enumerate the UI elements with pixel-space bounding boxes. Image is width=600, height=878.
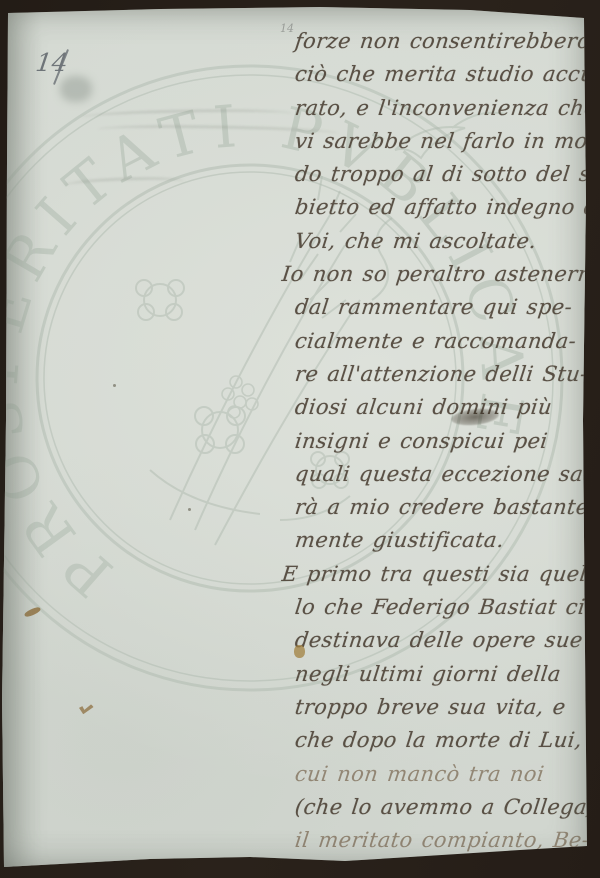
- manuscript-line-text: quali questa eccezione sa-: [294, 462, 593, 486]
- foxing-spot: [24, 606, 42, 618]
- manuscript-text-block: forze non consentirebbero ciò che merita…: [293, 25, 595, 857]
- manuscript-line: destinava delle opere sue: [293, 624, 599, 657]
- manuscript-line-text: (che lo avemmo a Collega): [294, 795, 597, 819]
- manuscript-line: (che lo avemmo a Collega): [293, 791, 599, 824]
- manuscript-line-text: re all'attenzione delli Stu-: [294, 362, 590, 386]
- manuscript-line-text: negli ultimi giorni della: [294, 662, 563, 686]
- smudge-mark: [60, 76, 92, 102]
- manuscript-line: quali questa eccezione sa-: [293, 458, 599, 491]
- manuscript-line-text: E primo tra questi sia quel-: [281, 562, 596, 586]
- manuscript-line-text: destinava delle opere sue: [294, 628, 585, 652]
- binding-mark: [0, 228, 6, 231]
- manuscript-line-text: diosi alcuni domini più: [294, 395, 554, 419]
- manuscript-line: ciò che merita studio accu-: [293, 58, 599, 91]
- speck: [113, 384, 116, 387]
- manuscript-line-text: rato, e l'inconvenienza che: [294, 96, 599, 120]
- binding-mark: [0, 262, 5, 265]
- manuscript-line-text: che dopo la morte di Lui,: [294, 728, 584, 752]
- manuscript-line-text: vi sarebbe nel farlo in mo-: [294, 129, 597, 153]
- manuscript-line-text: il meritato compianto, Be-: [294, 828, 591, 852]
- manuscript-line-text: do troppo al di sotto del su-: [294, 162, 600, 186]
- manuscript-line-text: ciò che merita studio accu-: [294, 62, 600, 86]
- manuscript-line-text: insigni e conspicui pei: [294, 429, 549, 453]
- manuscript-line: negli ultimi giorni della: [293, 658, 599, 691]
- manuscript-line-text: forze non consentirebbero: [294, 29, 592, 53]
- manuscript-line: cui non mancò tra noi: [293, 758, 599, 791]
- manuscript-line-text: mente giustificata.: [294, 528, 506, 552]
- manuscript-line: bietto ed affatto indegno di: [293, 191, 599, 224]
- manuscript-line-text: rà a mio credere bastante-: [294, 495, 598, 519]
- ink-bleed-through: [64, 176, 184, 191]
- manuscript-line: il meritato compianto, Be-: [293, 824, 599, 857]
- manuscript-line: forze non consentirebbero: [293, 25, 599, 58]
- manuscript-line: E primo tra questi sia quel-: [280, 558, 599, 591]
- manuscript-line-text: dal rammentare qui spe-: [294, 295, 574, 319]
- manuscript-line: diosi alcuni domini più: [293, 391, 599, 424]
- manuscript-line-text: cialmente e raccomanda-: [294, 329, 578, 353]
- manuscript-line: cialmente e raccomanda-: [293, 325, 599, 358]
- binding-mark: [0, 331, 6, 335]
- manuscript-line: lo che Federigo Bastiat ci: [293, 591, 599, 624]
- manuscript-line-text: bietto ed affatto indegno di: [294, 195, 600, 219]
- faint-corner-mark: 14: [280, 22, 294, 35]
- manuscript-scan: PROSPERITATI PVBLICAE: [0, 0, 600, 878]
- paper-sheet: PROSPERITATI PVBLICAE: [0, 0, 600, 878]
- manuscript-line: mente giustificata.: [293, 524, 599, 557]
- manuscript-line: che dopo la morte di Lui,: [293, 724, 599, 757]
- speck: [188, 508, 191, 511]
- manuscript-line: re all'attenzione delli Stu-: [293, 358, 599, 391]
- manuscript-line-text: Voi, che mi ascoltate.: [294, 229, 538, 253]
- manuscript-line: rà a mio credere bastante-: [293, 491, 599, 524]
- foxing-spot: [78, 701, 96, 717]
- manuscript-line-text: lo che Federigo Bastiat ci: [294, 595, 587, 619]
- manuscript-line-text: Io non so peraltro astenermi: [281, 262, 600, 286]
- manuscript-line: rato, e l'inconvenienza che: [293, 92, 599, 125]
- manuscript-line: dal rammentare qui spe-: [293, 291, 599, 324]
- manuscript-line-text: troppo breve sua vita, e: [294, 695, 568, 719]
- manuscript-line: Io non so peraltro astenermi: [280, 258, 599, 291]
- ink-bleed-through: [82, 108, 292, 123]
- manuscript-line: vi sarebbe nel farlo in mo-: [293, 125, 599, 158]
- manuscript-line: Voi, che mi ascoltate.: [293, 225, 599, 258]
- foxing-spot: [294, 645, 305, 658]
- manuscript-line: do troppo al di sotto del su-: [293, 158, 599, 191]
- manuscript-line: insigni e conspicui pei: [293, 425, 599, 458]
- manuscript-line: troppo breve sua vita, e: [293, 691, 599, 724]
- manuscript-line-text: cui non mancò tra noi: [294, 762, 546, 786]
